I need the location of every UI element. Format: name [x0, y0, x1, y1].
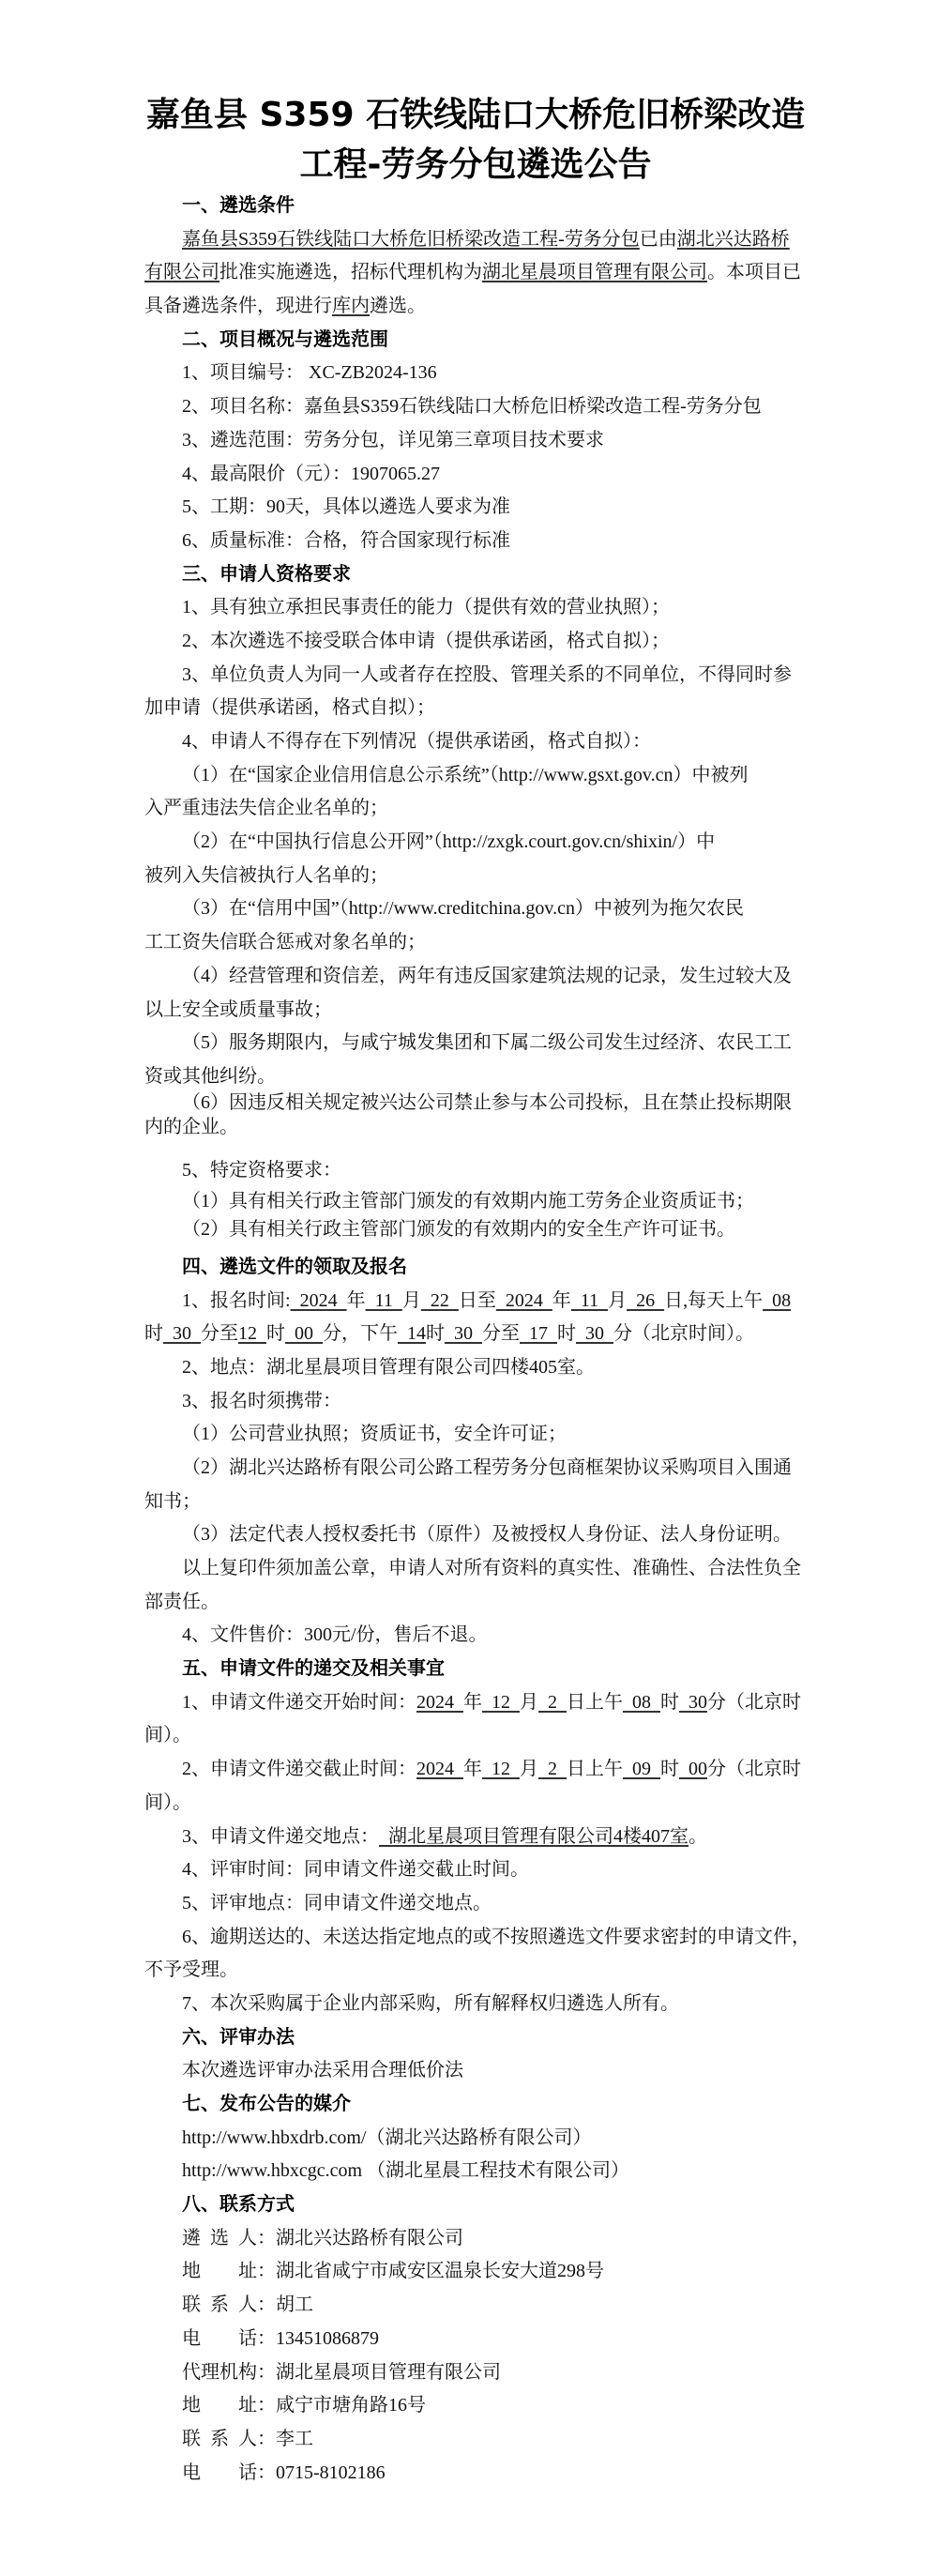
specific-requirement-2: （2）具有相关行政主管部门颁发的有效期内的安全生产许可证书。: [144, 1213, 807, 1247]
duration-row: 5、工期：90天，具体以遴选人要求为准: [144, 491, 807, 525]
exclusion-1-line-1: （1）在“国家企业信用信息公示系统”（http://www.gsxt.gov.c…: [144, 759, 807, 793]
text: 日上午: [567, 1692, 623, 1713]
contact-label: 代理机构: [182, 2356, 257, 2390]
contact-value: 湖北星晨项目管理有限公司: [276, 2362, 501, 2383]
pm-start-hour: 14: [398, 1323, 426, 1344]
am-end-minute: 00: [285, 1323, 323, 1344]
am-start-hour: 08: [763, 1290, 791, 1311]
quality-value: 合格，符合国家现行标准: [304, 530, 510, 551]
text: 分（北京时: [707, 1692, 801, 1713]
registration-time-line-1: 1、报名时间: 2024 年 11 月 22 日至 2024 年 11 月 26…: [144, 1285, 807, 1318]
media-item-1: http://www.hbxdrb.com/（湖北兴达路桥有限公司）: [144, 2122, 807, 2156]
contact-row-agency-address: 地 址：咸宁市塘角路16号: [144, 2389, 807, 2423]
pm-start-minute: 30: [445, 1323, 482, 1344]
title-line-1: 嘉鱼县 S359 石铁线陆口大桥危旧桥梁改造: [144, 90, 807, 140]
field-label: 1、报名时间:: [182, 1290, 291, 1311]
interpretation-right: 7、本次采购属于企业内部采购，所有解释权归遴选人所有。: [144, 1988, 807, 2021]
contact-row-selector-address: 地 址：湖北省咸宁市咸安区温泉长安大道298号: [144, 2255, 807, 2289]
section-heading-5: 五、申请文件的递交及相关事宜: [144, 1653, 807, 1686]
text: 批准实施遴选，招标代理机构为: [219, 262, 482, 282]
text: 月: [520, 1692, 538, 1713]
field-label: 4、最高限价（元）：: [182, 464, 351, 484]
month: 12: [482, 1759, 520, 1779]
start-year: 2024: [291, 1290, 347, 1311]
contact-value: 0715-8102186: [276, 2462, 386, 2483]
field-label: 3、申请文件递交地点：: [182, 1826, 379, 1847]
section-heading-7: 七、发布公告的媒介: [144, 2088, 807, 2122]
colon: ：: [257, 2395, 276, 2416]
submission-start-line-2: 间）。: [144, 1719, 807, 1753]
s1-paragraph-line-3: 具备遴选条件，现进行库内遴选。: [144, 290, 807, 324]
field-label: 5、工期：: [182, 496, 266, 517]
colon: ：: [257, 2328, 276, 2349]
late-submission-line-1: 6、逾期送达的、未送达指定地点的或不按照遴选文件要求密封的申请文件，: [144, 1921, 807, 1955]
document-price: 4、文件售价：300元/份，售后不退。: [144, 1619, 807, 1653]
material-1: （1）公司营业执照；资质证书，安全许可证；: [144, 1418, 807, 1452]
text: 遴选。: [370, 296, 426, 316]
contact-label: 联 系 人: [182, 2423, 257, 2457]
contact-row-agency: 代理机构：湖北星晨项目管理有限公司: [144, 2356, 807, 2390]
text: 。: [688, 1826, 707, 1847]
contact-label: 联 系 人: [182, 2289, 257, 2323]
year: 2024: [416, 1692, 463, 1713]
contact-row-selector-phone: 电 话：13451086879: [144, 2323, 807, 2356]
media-item-2: http://www.hbxcgc.com （湖北星晨工程技术有限公司）: [144, 2155, 807, 2188]
text: 已由: [640, 229, 677, 250]
text: 。本项目已: [707, 262, 801, 282]
registration-time-line-2: 时 30 分至12 时 00 分，下午 14时 30 分至 17 时 30 分（…: [144, 1318, 807, 1351]
requirement-4: 4、申请人不得存在下列情况（提供承诺函，格式自拟）：: [144, 725, 807, 759]
text: 分，下午: [323, 1323, 398, 1344]
contact-row-agency-person: 联 系 人：李工: [144, 2423, 807, 2457]
text: 月: [402, 1290, 421, 1311]
text: 时: [426, 1323, 445, 1344]
hour: 09: [623, 1759, 660, 1779]
contact-label: 电 话: [182, 2323, 257, 2356]
month: 12: [482, 1692, 520, 1713]
contact-value: 李工: [276, 2429, 313, 2449]
requirement-1: 1、具有独立承担民事责任的能力（提供有效的营业执照）；: [144, 591, 807, 625]
minute: 00: [679, 1759, 707, 1779]
title-line-2: 工程-劳务分包遴选公告: [144, 140, 807, 190]
requirement-3-line-1: 3、单位负责人为同一人或者存在控股、管理关系的不同单位，不得同时参: [144, 659, 807, 693]
duration-value: 90天，具体以遴选人要求为准: [266, 496, 510, 517]
s1-paragraph-line-2: 有限公司批准实施遴选，招标代理机构为湖北星晨项目管理有限公司。本项目已: [144, 256, 807, 290]
year: 2024: [416, 1759, 463, 1779]
am-start-minute: 30: [163, 1323, 201, 1344]
copies-note-line-1: 以上复印件须加盖公章，申请人对所有资料的真实性、准确性、合法性负全: [144, 1552, 807, 1586]
pm-end-hour: 17: [520, 1323, 557, 1344]
copies-note-line-2: 部责任。: [144, 1586, 807, 1620]
text: 分（北京时间）。: [613, 1323, 754, 1344]
scope-value: 劳务分包，详见第三章项目技术要求: [304, 430, 604, 450]
review-location: 5、评审地点：同申请文件递交地点。: [144, 1887, 807, 1921]
field-label: 6、质量标准：: [182, 530, 304, 551]
text: 月: [608, 1290, 627, 1311]
media-url: http://www.hbxcgc.com: [182, 2160, 362, 2181]
material-3: （3）法定代表人授权委托书（原件）及被授权人身份证、法人身份证明。: [144, 1518, 807, 1552]
day: 2: [538, 1692, 567, 1713]
notice-page: 嘉鱼县 S359 石铁线陆口大桥危旧桥梁改造 工程-劳务分包遴选公告 一、遴选条…: [0, 0, 938, 2576]
end-year: 2024: [496, 1290, 552, 1311]
end-day: 26: [627, 1290, 664, 1311]
submission-location-value: 湖北星晨项目管理有限公司4楼407室: [379, 1826, 688, 1847]
text: 分至: [201, 1323, 238, 1344]
text: 年: [347, 1290, 366, 1311]
colon: ：: [257, 2228, 276, 2248]
start-month: 11: [366, 1290, 402, 1311]
colon: ：: [257, 2294, 276, 2315]
late-submission-line-2: 不予受理。: [144, 1954, 807, 1988]
contact-label: 地 址: [182, 2389, 257, 2423]
section-heading-4: 四、遴选文件的领取及报名: [144, 1251, 807, 1285]
notice-content: 嘉鱼县 S359 石铁线陆口大桥危旧桥梁改造 工程-劳务分包遴选公告 一、遴选条…: [144, 90, 807, 2490]
start-day: 22: [421, 1290, 459, 1311]
submission-deadline-line-2: 间）。: [144, 1787, 807, 1821]
requirement-2: 2、本次遴选不接受联合体申请（提供承诺函，格式自拟）；: [144, 625, 807, 659]
colon: ：: [257, 2362, 276, 2383]
owner-name-underlined: 有限公司: [144, 262, 219, 282]
text: 月: [520, 1759, 538, 1779]
project-number-row: 1、项目编号： XC-ZB2024-136: [144, 357, 807, 390]
contact-label: 地 址: [182, 2255, 257, 2289]
text: 年: [463, 1759, 482, 1779]
media-url: http://www.hbxdrb.com/: [182, 2127, 366, 2148]
contact-value: 13451086879: [276, 2328, 379, 2349]
section-heading-2: 二、项目概况与遴选范围: [144, 324, 807, 358]
submission-start-line-1: 1、申请文件递交开始时间：2024 年 12 月 2 日上午 08 时 30分（…: [144, 1686, 807, 1720]
exclusion-4-line-2: 以上安全或质量事故；: [144, 994, 807, 1028]
day: 2: [538, 1759, 567, 1779]
section-heading-3: 三、申请人资格要求: [144, 558, 807, 592]
requirement-5: 5、特定资格要求：: [144, 1154, 807, 1188]
scope-row: 3、遴选范围：劳务分包，详见第三章项目技术要求: [144, 424, 807, 458]
section-heading-1: 一、遴选条件: [144, 190, 807, 223]
exclusion-2-line-1: （2）在“中国执行信息公开网”（http://zxgk.court.gov.cn…: [144, 826, 807, 860]
media-org: （湖北兴达路桥有限公司）: [366, 2127, 591, 2148]
text: 日至: [459, 1290, 496, 1311]
contact-row-agency-phone: 电 话：0715-8102186: [144, 2457, 807, 2491]
max-price-value: 1907065.27: [351, 464, 440, 484]
section-heading-6: 六、评审办法: [144, 2021, 807, 2055]
text: 时: [557, 1323, 576, 1344]
text: 日上午: [567, 1759, 623, 1779]
exclusion-4-line-1: （4）经营管理和资信差，两年有违反国家建筑法规的记录，发生过较大及: [144, 960, 807, 994]
text: 分（北京时: [707, 1759, 801, 1779]
media-org: （湖北星晨工程技术有限公司）: [362, 2160, 629, 2181]
text: 时: [266, 1323, 285, 1344]
exclusion-1-line-2: 入严重违法失信企业名单的；: [144, 792, 807, 826]
field-label: 1、项目编号：: [182, 362, 304, 383]
contact-row-selector: 遴 选 人：湖北兴达路桥有限公司: [144, 2222, 807, 2256]
review-time: 4、评审时间：同申请文件递交截止时间。: [144, 1853, 807, 1887]
project-name-underlined: 嘉鱼县S359石铁线陆口大桥危旧桥梁改造工程-劳务分包: [182, 229, 640, 250]
contact-value: 湖北兴达路桥有限公司: [276, 2228, 463, 2248]
text: 年: [552, 1290, 571, 1311]
text: 时: [144, 1323, 163, 1344]
text: 时: [660, 1759, 679, 1779]
text: 年: [463, 1692, 482, 1713]
minute: 30: [679, 1692, 707, 1713]
colon: ：: [257, 2429, 276, 2449]
colon: ：: [257, 2462, 276, 2483]
pm-end-minute: 30: [576, 1323, 613, 1344]
selection-type-underlined: 库内: [332, 296, 370, 316]
contact-label: 遴 选 人: [182, 2222, 257, 2256]
contact-label: 电 话: [182, 2457, 257, 2491]
requirement-3-line-2: 加申请（提供承诺函，格式自拟）；: [144, 692, 807, 725]
agency-name-underlined: 湖北星晨项目管理有限公司: [482, 262, 707, 282]
exclusion-3-line-2: 工工资失信联合惩戒对象名单的；: [144, 926, 807, 960]
field-label: 3、遴选范围：: [182, 430, 304, 450]
field-label: 2、申请文件递交截止时间：: [182, 1759, 416, 1779]
material-2-line-1: （2）湖北兴达路桥有限公司公路工程劳务分包商框架协议采购项目入围通: [144, 1452, 807, 1486]
registration-location: 2、地点：湖北星晨项目管理有限公司四楼405室。: [144, 1351, 807, 1385]
end-month: 11: [571, 1290, 608, 1311]
owner-name-underlined: 湖北兴达路桥: [677, 229, 790, 250]
quality-row: 6、质量标准：合格，符合国家现行标准: [144, 525, 807, 558]
registration-materials: 3、报名时须携带：: [144, 1385, 807, 1419]
field-label: 2、项目名称：: [182, 396, 304, 417]
material-2-line-2: 知书；: [144, 1486, 807, 1519]
text: 分至: [482, 1323, 520, 1344]
section-heading-8: 八、联系方式: [144, 2188, 807, 2222]
exclusion-6-line-1: （6）因违反相关规定被兴达公司禁止参与本公司投标，且在禁止投标期限: [144, 1087, 807, 1120]
submission-deadline-line-1: 2、申请文件递交截止时间：2024 年 12 月 2 日上午 09 时 00分（…: [144, 1753, 807, 1787]
field-label: 1、申请文件递交开始时间：: [182, 1692, 416, 1713]
exclusion-2-line-2: 被列入失信被执行人名单的；: [144, 860, 807, 893]
s1-paragraph-line-1: 嘉鱼县S359石铁线陆口大桥危旧桥梁改造工程-劳务分包已由湖北兴达路桥: [144, 223, 807, 257]
contact-row-selector-person: 联 系 人：胡工: [144, 2289, 807, 2323]
text: 时: [660, 1692, 679, 1713]
project-name-row: 2、项目名称：嘉鱼县S359石铁线陆口大桥危旧桥梁改造工程-劳务分包: [144, 390, 807, 424]
contact-value: 咸宁市塘角路16号: [276, 2395, 426, 2416]
evaluation-method: 本次遴选评审办法采用合理低价法: [144, 2054, 807, 2088]
contact-value: 胡工: [276, 2294, 313, 2315]
exclusion-3-line-1: （3）在“信用中国”（http://www.creditchina.gov.cn…: [144, 892, 807, 926]
submission-location: 3、申请文件递交地点： 湖北星晨项目管理有限公司4楼407室。: [144, 1821, 807, 1854]
project-number: XC-ZB2024-136: [304, 362, 437, 383]
text: 日,每天上午: [664, 1290, 763, 1311]
contact-value: 湖北省咸宁市咸安区温泉长安大道298号: [276, 2261, 604, 2281]
am-end-hour: 12: [238, 1323, 266, 1344]
max-price-row: 4、最高限价（元）：1907065.27: [144, 458, 807, 492]
colon: ：: [257, 2261, 276, 2281]
exclusion-5-line-1: （5）服务期限内，与咸宁城发集团和下属二级公司发生过经济、农民工工: [144, 1027, 807, 1060]
project-name: 嘉鱼县S359石铁线陆口大桥危旧桥梁改造工程-劳务分包: [304, 396, 762, 417]
hour: 08: [623, 1692, 660, 1713]
text: 具备遴选条件，现进行: [144, 296, 332, 316]
